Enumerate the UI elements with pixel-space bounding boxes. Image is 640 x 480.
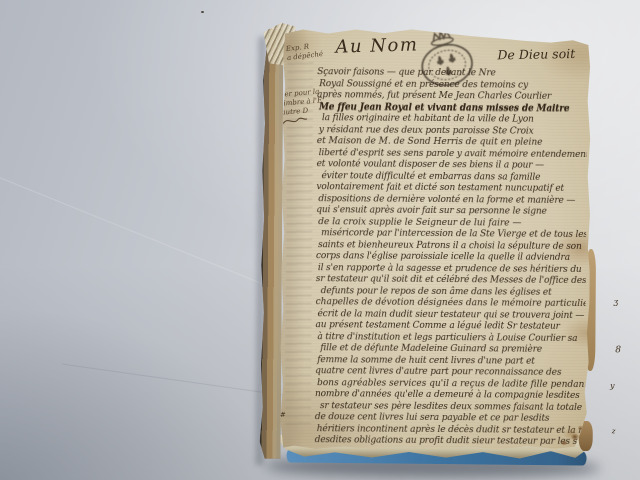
manuscript-line: desdites obligations au profit dudit sie… (315, 435, 585, 448)
leaf-edge-paraphe-marks: #ʒ8yz (258, 23, 630, 26)
header-de-dieu-soit: De Dieu soit (497, 46, 575, 62)
paraphe-mark: 8 (615, 345, 621, 355)
paraphe-mark: # (280, 411, 286, 419)
header-au-nom: Au Nom (335, 34, 419, 57)
photo-backdrop: Au Nom (0, 0, 640, 480)
paraphe-mark: ʒ (614, 297, 619, 306)
paraphe-mark: y (610, 381, 615, 390)
manuscript-page: Au Nom (279, 27, 592, 451)
manuscript-body-text: Sçavoir faisons — que par devant le NreR… (315, 67, 588, 453)
paraphe-mark: z (612, 427, 616, 435)
backdrop-speck (201, 11, 204, 13)
manuscript-stack: Au Nom (254, 23, 629, 480)
margin-note-registered: Exp. Ra dépêché (285, 41, 323, 63)
